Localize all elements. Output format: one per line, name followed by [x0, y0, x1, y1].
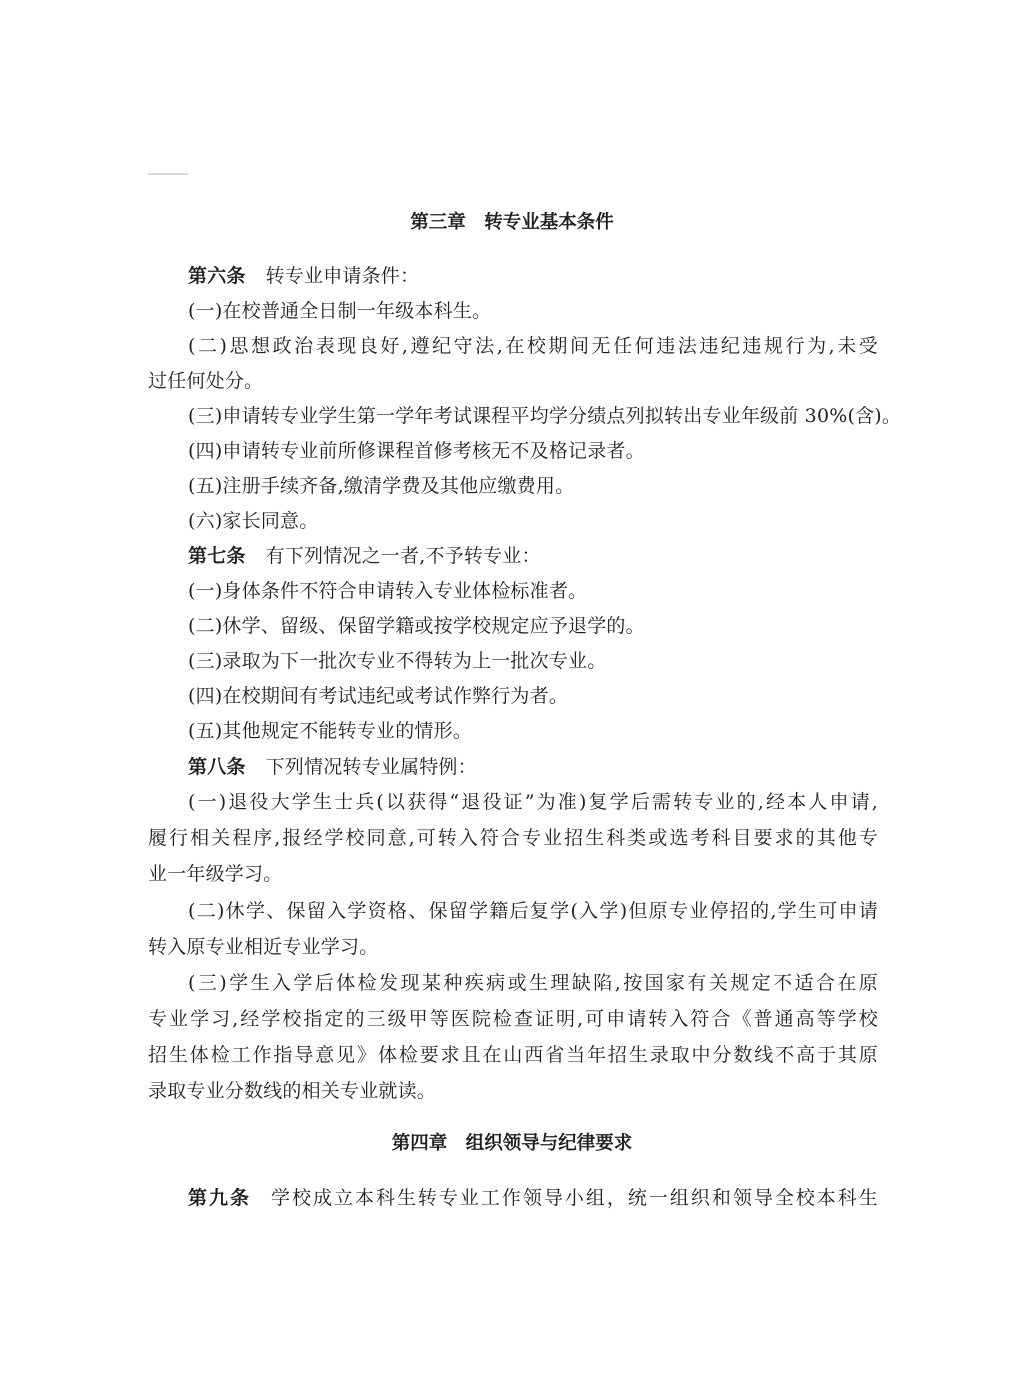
article-6-item: (三)申请转专业学生第一学年考试课程平均学分绩点列拟转出专业年级前 30%(含)… [188, 404, 928, 428]
article-7-heading: 第七条有下列情况之一者,不予转专业： [188, 544, 928, 568]
article-6-item: (一)在校普通全日制一年级本科生。 [188, 299, 928, 323]
article-8-item: 录取专业分数线的相关专业就读。 [148, 1079, 888, 1103]
chapter-4-title: 第四章 组织领导与纪律要求 [0, 1132, 1024, 1156]
article-label: 第六条 [188, 265, 246, 287]
article-8-item: 专业学习,经学校指定的三级甲等医院检查证明,可申请转入符合《普通高等学校 [148, 1007, 878, 1031]
article-label: 第七条 [188, 545, 246, 567]
article-7-item: (二)休学、留级、保留学籍或按学校规定应予退学的。 [188, 614, 928, 638]
article-6-item: (四)申请转专业前所修课程首修考核无不及格记录者。 [188, 439, 928, 463]
chapter-3-title: 第三章 转专业基本条件 [0, 211, 1024, 235]
article-8-item: 招生体检工作指导意见》体检要求且在山西省当年招生录取中分数线不高于其原 [148, 1043, 878, 1067]
article-8-item: (一)退役大学生士兵(以获得“退役证”为准)复学后需转专业的,经本人申请, [188, 790, 878, 814]
article-text: 下列情况转专业属特例： [266, 756, 477, 778]
article-text: 学校成立本科生转专业工作领导小组，统一组织和领导全校本科生 [271, 1187, 878, 1209]
article-6-item: 过任何处分。 [148, 369, 888, 393]
article-8-heading: 第八条下列情况转专业属特例： [188, 755, 928, 779]
article-6-item: (二)思想政治表现良好,遵纪守法,在校期间无任何违法违纪违规行为,未受 [188, 334, 878, 358]
article-7-item: (五)其他规定不能转专业的情形。 [188, 719, 928, 743]
article-label: 第九条 [188, 1187, 251, 1209]
article-8-item: 业一年级学习。 [148, 862, 888, 886]
article-8-item: (三)学生入学后体检发现某种疾病或生理缺陷,按国家有关规定不适合在原 [188, 971, 878, 995]
article-9-heading: 第九条学校成立本科生转专业工作领导小组，统一组织和领导全校本科生 [188, 1186, 878, 1210]
article-6-item: (六)家长同意。 [188, 509, 928, 533]
article-8-item: 转入原专业相近专业学习。 [148, 935, 888, 959]
article-6-item: (五)注册手续齐备,缴清学费及其他应缴费用。 [188, 474, 928, 498]
article-text: 转专业申请条件： [266, 265, 420, 287]
article-label: 第八条 [188, 756, 246, 778]
article-6-heading: 第六条转专业申请条件： [188, 264, 928, 288]
scan-mark [148, 173, 188, 175]
article-7-item: (四)在校期间有考试违纪或考试作弊行为者。 [188, 684, 928, 708]
article-7-item: (三)录取为下一批次专业不得转为上一批次专业。 [188, 649, 928, 673]
article-8-item: 履行相关程序,报经学校同意,可转入符合专业招生科类或选考科目要求的其他专 [148, 826, 878, 850]
article-7-item: (一)身体条件不符合申请转入专业体检标准者。 [188, 579, 928, 603]
article-text: 有下列情况之一者,不予转专业： [266, 545, 541, 567]
article-8-item: (二)休学、保留入学资格、保留学籍后复学(入学)但原专业停招的,学生可申请 [188, 899, 878, 923]
